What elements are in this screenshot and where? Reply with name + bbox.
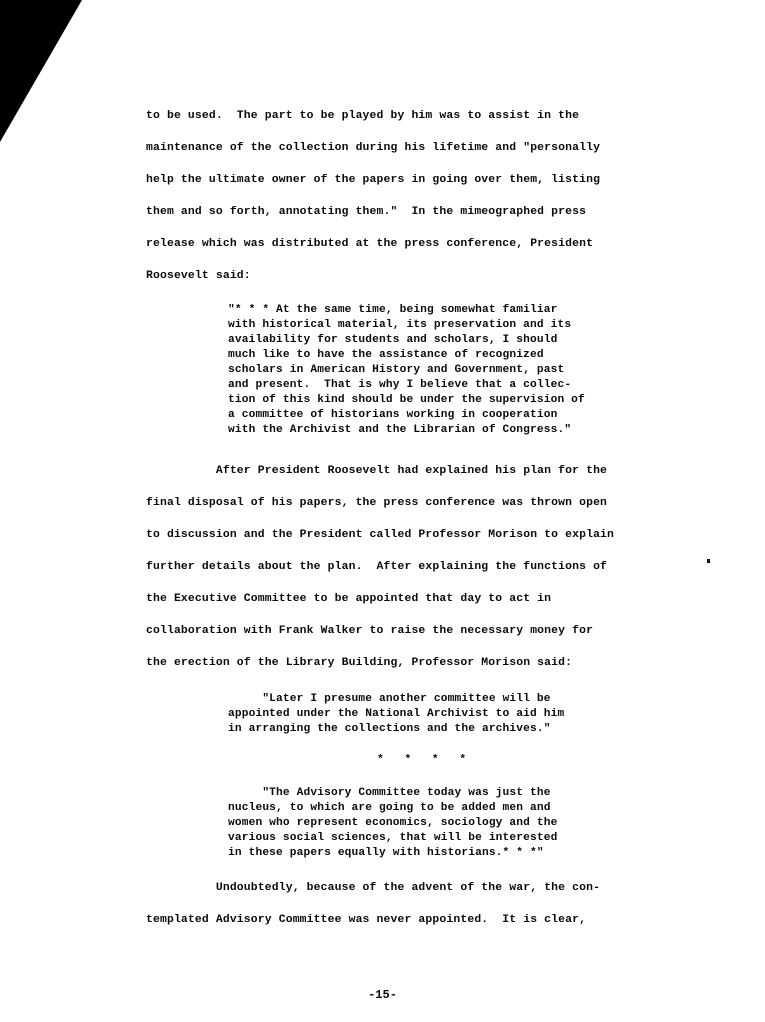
- quote-line: women who represent economics, sociology…: [228, 816, 557, 830]
- quote-line: "Later I presume another committee will …: [228, 692, 551, 706]
- scan-speck: [707, 559, 710, 563]
- quote-line: tion of this kind should be under the su…: [228, 393, 585, 407]
- quote-line: in arranging the collections and the arc…: [228, 722, 551, 736]
- text-line: maintenance of the collection during his…: [146, 141, 600, 155]
- quote-line: appointed under the National Archivist t…: [228, 707, 564, 721]
- quote-line: "The Advisory Committee today was just t…: [228, 786, 551, 800]
- text-line: collaboration with Frank Walker to raise…: [146, 624, 593, 638]
- quote-line: with historical material, its preservati…: [228, 318, 571, 332]
- text-line: the erection of the Library Building, Pr…: [146, 656, 572, 670]
- text-line: the Executive Committee to be appointed …: [146, 592, 551, 606]
- quote-line: availability for students and scholars, …: [228, 333, 557, 347]
- quote-line: various social sciences, that will be in…: [228, 831, 557, 845]
- text-line: help the ultimate owner of the papers in…: [146, 173, 600, 187]
- quote-line: much like to have the assistance of reco…: [228, 348, 544, 362]
- quote-line: and present. That is why I believe that …: [228, 378, 571, 392]
- text-line: them and so forth, annotating them." In …: [146, 205, 586, 219]
- page-number: -15-: [0, 988, 765, 1002]
- text-line: final disposal of his papers, the press …: [146, 496, 607, 510]
- text-line: release which was distributed at the pre…: [146, 237, 593, 251]
- quote-line: nucleus, to which are going to be added …: [228, 801, 551, 815]
- quote-line: "* * * At the same time, being somewhat …: [228, 303, 557, 317]
- text-line: Undoubtedly, because of the advent of th…: [146, 881, 600, 895]
- text-line: to be used. The part to be played by him…: [146, 109, 579, 123]
- quote-line: in these papers equally with historians.…: [228, 846, 544, 860]
- text-line: further details about the plan. After ex…: [146, 560, 607, 574]
- quote-line: with the Archivist and the Librarian of …: [228, 423, 571, 437]
- text-line: to discussion and the President called P…: [146, 528, 614, 542]
- text-line: templated Advisory Committee was never a…: [146, 913, 586, 927]
- scan-corner-shadow: [0, 0, 82, 142]
- section-separator: * * * *: [377, 753, 466, 767]
- quote-line: a committee of historians working in coo…: [228, 408, 557, 422]
- text-line: Roosevelt said:: [146, 269, 251, 283]
- quote-line: scholars in American History and Governm…: [228, 363, 564, 377]
- text-line: After President Roosevelt had explained …: [146, 464, 607, 478]
